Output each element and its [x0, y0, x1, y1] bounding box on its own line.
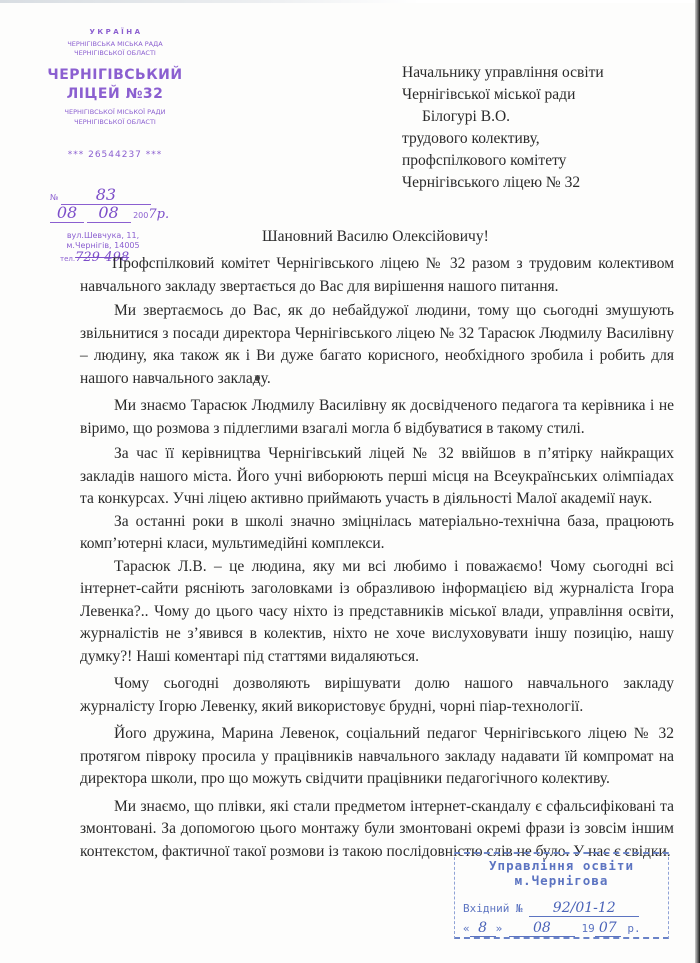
incoming-year-hand: 07 [599, 920, 617, 936]
incoming-title-line2: м.Чернігова [455, 873, 668, 888]
incoming-date: «8» 08 1907 р. [463, 920, 641, 937]
number-label: № [50, 193, 58, 202]
addressee-line5: профспілкового комітету [402, 150, 692, 172]
paragraph-2: Ми звертаємось до Вас, як до небайдужої … [80, 300, 674, 390]
stamp-subtitle-line1: ЧЕРНІГІВСЬКОЇ МІСЬКОЇ РАДИ [30, 108, 200, 118]
stamp-subtitle-line2: ЧЕРНІГІВСЬКОЇ ОБЛАСТІ [30, 118, 200, 128]
phone-label: тел. [60, 255, 75, 263]
scan-right-edge [695, 0, 700, 963]
addressee-line3: Білогурі В.О. [402, 106, 692, 128]
addressee-block: Начальнику управління освіти Чернігівськ… [402, 62, 692, 194]
salutation: Шановний Василю Олексійовичу! [262, 228, 489, 246]
number-value: 83 [96, 185, 116, 204]
incoming-date-day: 8 [478, 920, 487, 936]
incoming-year-suffix: р. [627, 922, 640, 935]
stamp-council-line1: ЧЕРНІГІВСЬКА МІСЬКА РАДА [40, 40, 190, 49]
addressee-line1: Начальнику управління освіти [402, 62, 692, 84]
date-year-hand: 7р. [148, 207, 169, 222]
stamp-name-line2: ЛІЦЕЙ №32 [30, 85, 200, 104]
school-address: вул.Шевчука, 11, м.Чернігів, 14005 [58, 231, 148, 251]
paragraph-4: За час її керівництва Чернігівський ліце… [80, 443, 674, 511]
date-day: 08 [57, 203, 77, 222]
ink-smudge [255, 375, 260, 381]
incoming-number-value: 92/01-12 [553, 900, 616, 916]
paragraph-8: Його дружина, Марина Левенок, соціальний… [80, 723, 674, 791]
date-month: 08 [98, 203, 118, 222]
addressee-line6: Чернігівського ліцею № 32 [402, 172, 692, 194]
stamp-council-line2: ЧЕРНІГІВСЬКОЇ ОБЛАСТІ [40, 49, 190, 58]
stamp-name-line1: ЧЕРНІГІВСЬКИЙ [30, 66, 200, 85]
incoming-date-month: 08 [533, 920, 551, 936]
stamp-subtitle: ЧЕРНІГІВСЬКОЇ МІСЬКОЇ РАДИ ЧЕРНІГІВСЬКОЇ… [30, 108, 200, 127]
letter-body: Профспілковий комітет Чернігівського ліц… [80, 253, 674, 863]
paragraph-3: Ми знаємо Тарасюк Людмилу Василівну як д… [80, 395, 674, 440]
incoming-number-label: Вхідний № [463, 902, 523, 915]
incoming-title-line1: Управління освіти [455, 858, 668, 873]
incoming-stamp-title: Управління освіти м.Чернігова [455, 858, 668, 888]
incoming-stamp: Управління освіти м.Чернігова Вхідний № … [454, 852, 669, 939]
outgoing-number: № 83 [50, 185, 160, 205]
paragraph-1: Профспілковий комітет Чернігівського ліц… [80, 253, 674, 298]
scanned-letter-page: УКРАЇНА ЧЕРНІГІВСЬКА МІСЬКА РАДА ЧЕРНІГІ… [0, 0, 700, 963]
stamp-code: *** 26544237 *** [30, 150, 200, 160]
stamp-council: ЧЕРНІГІВСЬКА МІСЬКА РАДА ЧЕРНІГІВСЬКОЇ О… [40, 40, 190, 58]
stamp-school-name: ЧЕРНІГІВСЬКИЙ ЛІЦЕЙ №32 [30, 66, 200, 104]
addressee-line4: трудового колективу, [402, 128, 692, 150]
incoming-number: Вхідний № 92/01-12 [463, 900, 639, 917]
address-line1: вул.Шевчука, 11, [58, 231, 148, 241]
date-year-prefix: 200 [133, 211, 148, 220]
paragraph-5: За останні роки в школі значно зміцнілас… [80, 511, 674, 556]
paragraph-7: Чому сьогодні дозволяють вирішувати долю… [80, 673, 674, 718]
stamp-country: УКРАЇНА [60, 28, 172, 36]
scan-top-edge [0, 0, 700, 3]
paragraph-6: Тарасюк Л.В. – це людина, яку ми всі люб… [80, 556, 674, 669]
incoming-year-prefix: 19 [582, 922, 595, 935]
addressee-line2: Чернігівської міської ради [402, 84, 692, 106]
outgoing-date: 08 08 2007р. [50, 203, 170, 223]
